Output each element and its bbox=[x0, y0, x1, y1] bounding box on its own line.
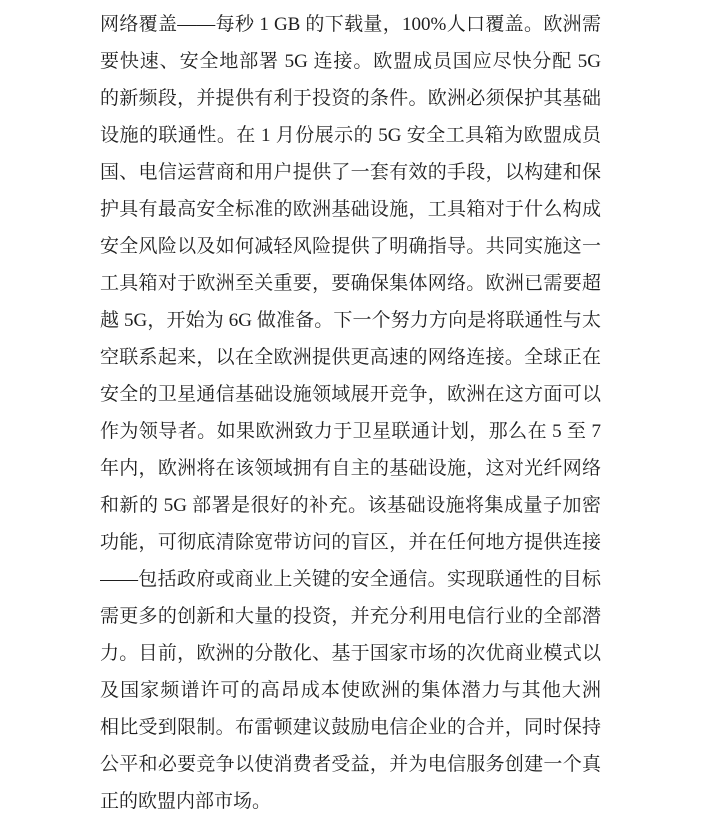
document-page: 网络覆盖——每秒 1 GB 的下载量，100%人口覆盖。欧洲需要快速、安全地部署… bbox=[0, 0, 701, 825]
text-line: 越 5G，开始为 6G 做准备。下一个努力方向是将联通性与太 bbox=[100, 302, 601, 339]
text-line: 需更多的创新和大量的投资，并充分利用电信行业的全部潜 bbox=[100, 598, 601, 635]
text-line: 网络覆盖——每秒 1 GB 的下载量，100%人口覆盖。欧洲需 bbox=[100, 6, 601, 43]
paragraph-text-block: 网络覆盖——每秒 1 GB 的下载量，100%人口覆盖。欧洲需要快速、安全地部署… bbox=[100, 6, 601, 820]
text-line: 及国家频谱许可的高昂成本使欧洲的集体潜力与其他大洲 bbox=[100, 672, 601, 709]
text-line: 国、电信运营商和用户提供了一套有效的手段，以构建和保 bbox=[100, 154, 601, 191]
text-line: 安全的卫星通信基础设施领域展开竞争，欧洲在这方面可以 bbox=[100, 376, 601, 413]
text-line: 力。目前，欧洲的分散化、基于国家市场的次优商业模式以 bbox=[100, 635, 601, 672]
text-line: 设施的联通性。在 1 月份展示的 5G 安全工具箱为欧盟成员 bbox=[100, 117, 601, 154]
text-line: 要快速、安全地部署 5G 连接。欧盟成员国应尽快分配 5G bbox=[100, 43, 601, 80]
text-line: 安全风险以及如何减轻风险提供了明确指导。共同实施这一 bbox=[100, 228, 601, 265]
text-line: 空联系起来，以在全欧洲提供更高速的网络连接。全球正在 bbox=[100, 339, 601, 376]
text-line: 相比受到限制。布雷顿建议鼓励电信企业的合并，同时保持 bbox=[100, 709, 601, 746]
text-line: 功能，可彻底清除宽带访问的盲区，并在任何地方提供连接 bbox=[100, 524, 601, 561]
text-line: 年内，欧洲将在该领域拥有自主的基础设施，这对光纤网络 bbox=[100, 450, 601, 487]
text-line: 和新的 5G 部署是很好的补充。该基础设施将集成量子加密 bbox=[100, 487, 601, 524]
text-line: 工具箱对于欧洲至关重要，要确保集体网络。欧洲已需要超 bbox=[100, 265, 601, 302]
text-line: 正的欧盟内部市场。 bbox=[100, 783, 601, 820]
text-line: 的新频段，并提供有利于投资的条件。欧洲必须保护其基础 bbox=[100, 80, 601, 117]
text-line: 作为领导者。如果欧洲致力于卫星联通计划，那么在 5 至 7 bbox=[100, 413, 601, 450]
text-line: ——包括政府或商业上关键的安全通信。实现联通性的目标 bbox=[100, 561, 601, 598]
text-line: 护具有最高安全标准的欧洲基础设施，工具箱对于什么构成 bbox=[100, 191, 601, 228]
text-line: 公平和必要竞争以使消费者受益，并为电信服务创建一个真 bbox=[100, 746, 601, 783]
